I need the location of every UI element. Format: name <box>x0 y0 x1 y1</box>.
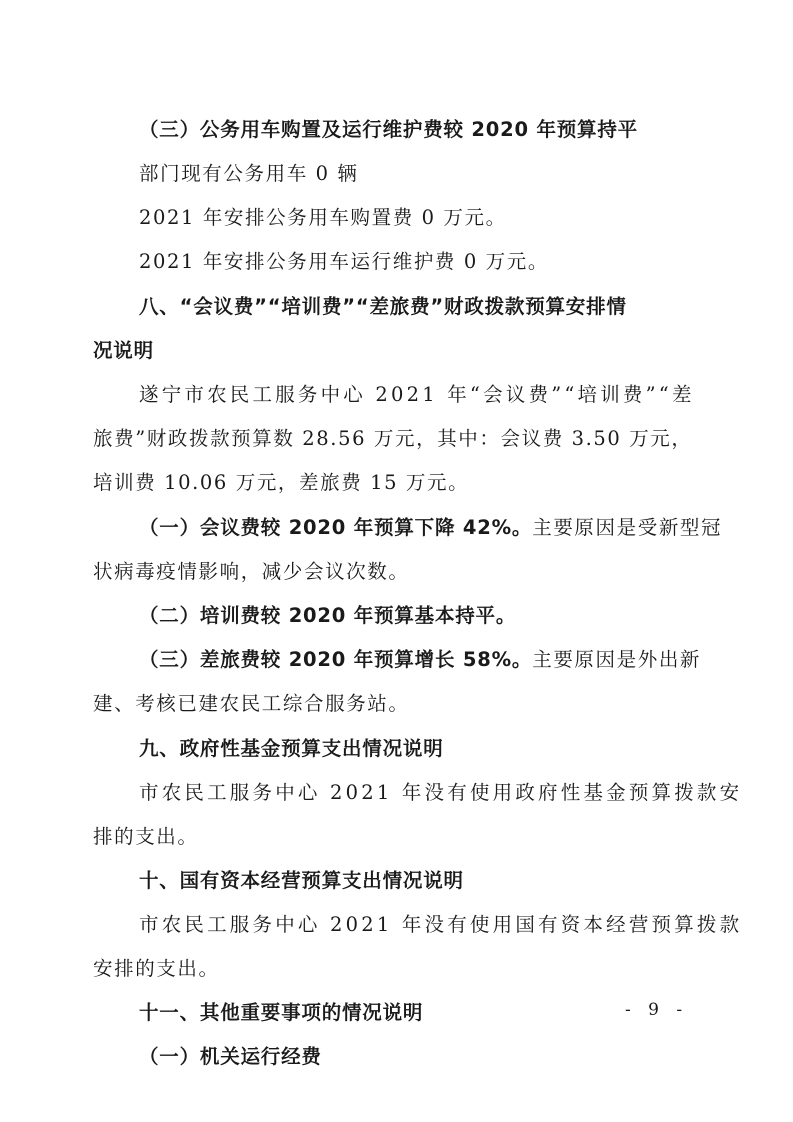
subsection-meeting-fee: （一）会议费较 2020 年预算下降 42%。主要原因是受新型冠 <box>139 515 722 541</box>
paragraph-line: 市农民工服务中心 2021 年没有使用政府性基金预算拨款安 <box>139 780 742 806</box>
paragraph-line: 建、考核已建农民工综合服务站。 <box>93 691 410 717</box>
paragraph-line: 旅费”财政拨款预算数 28.56 万元，其中：会议费 3.50 万元， <box>93 426 693 452</box>
subsection-meeting-fee-text: 主要原因是受新型冠 <box>532 516 722 539</box>
paragraph-line: 部门现有公务用车 0 辆 <box>139 161 359 187</box>
paragraph-line: 2021 年安排公务用车运行维护费 0 万元。 <box>139 249 549 275</box>
section-heading-10: 十、国有资本经营预算支出情况说明 <box>139 868 464 894</box>
paragraph-line: 状病毒疫情影响，减少会议次数。 <box>93 559 410 585</box>
paragraph-line: 培训费 10.06 万元，差旅费 15 万元。 <box>93 470 469 496</box>
subheading-vehicle-costs: （三）公务用车购置及运行维护费较 2020 年预算持平 <box>139 117 638 143</box>
paragraph-line: 遂宁市农民工服务中心 2021 年“会议费”“培训费”“差 <box>139 382 695 408</box>
subsection-office-operating-costs: （一）机关运行经费 <box>139 1044 322 1070</box>
subsection-training-fee: （二）培训费较 2020 年预算基本持平。 <box>139 603 516 629</box>
paragraph-line: 2021 年安排公务用车购置费 0 万元。 <box>139 205 507 231</box>
section-heading-8-cont: 况说明 <box>93 338 154 364</box>
section-heading-8: 八、“会议费”“培训费”“差旅费”财政拨款预算安排情 <box>139 294 627 320</box>
paragraph-line: 市农民工服务中心 2021 年没有使用国有资本经营预算拨款 <box>139 912 742 938</box>
section-heading-11: 十一、其他重要事项的情况说明 <box>139 1000 423 1026</box>
page-number: - 9 - <box>625 1000 688 1020</box>
subsection-meeting-fee-title: （一）会议费较 2020 年预算下降 42%。 <box>139 516 532 539</box>
subsection-travel-fee: （三）差旅费较 2020 年预算增长 58%。主要原因是外出新 <box>139 647 701 673</box>
subsection-travel-fee-text: 主要原因是外出新 <box>532 648 701 671</box>
paragraph-line: 排的支出。 <box>93 824 199 850</box>
section-heading-9: 九、政府性基金预算支出情况说明 <box>139 736 444 762</box>
paragraph-line: 安排的支出。 <box>93 956 220 982</box>
subsection-travel-fee-title: （三）差旅费较 2020 年预算增长 58%。 <box>139 648 532 671</box>
